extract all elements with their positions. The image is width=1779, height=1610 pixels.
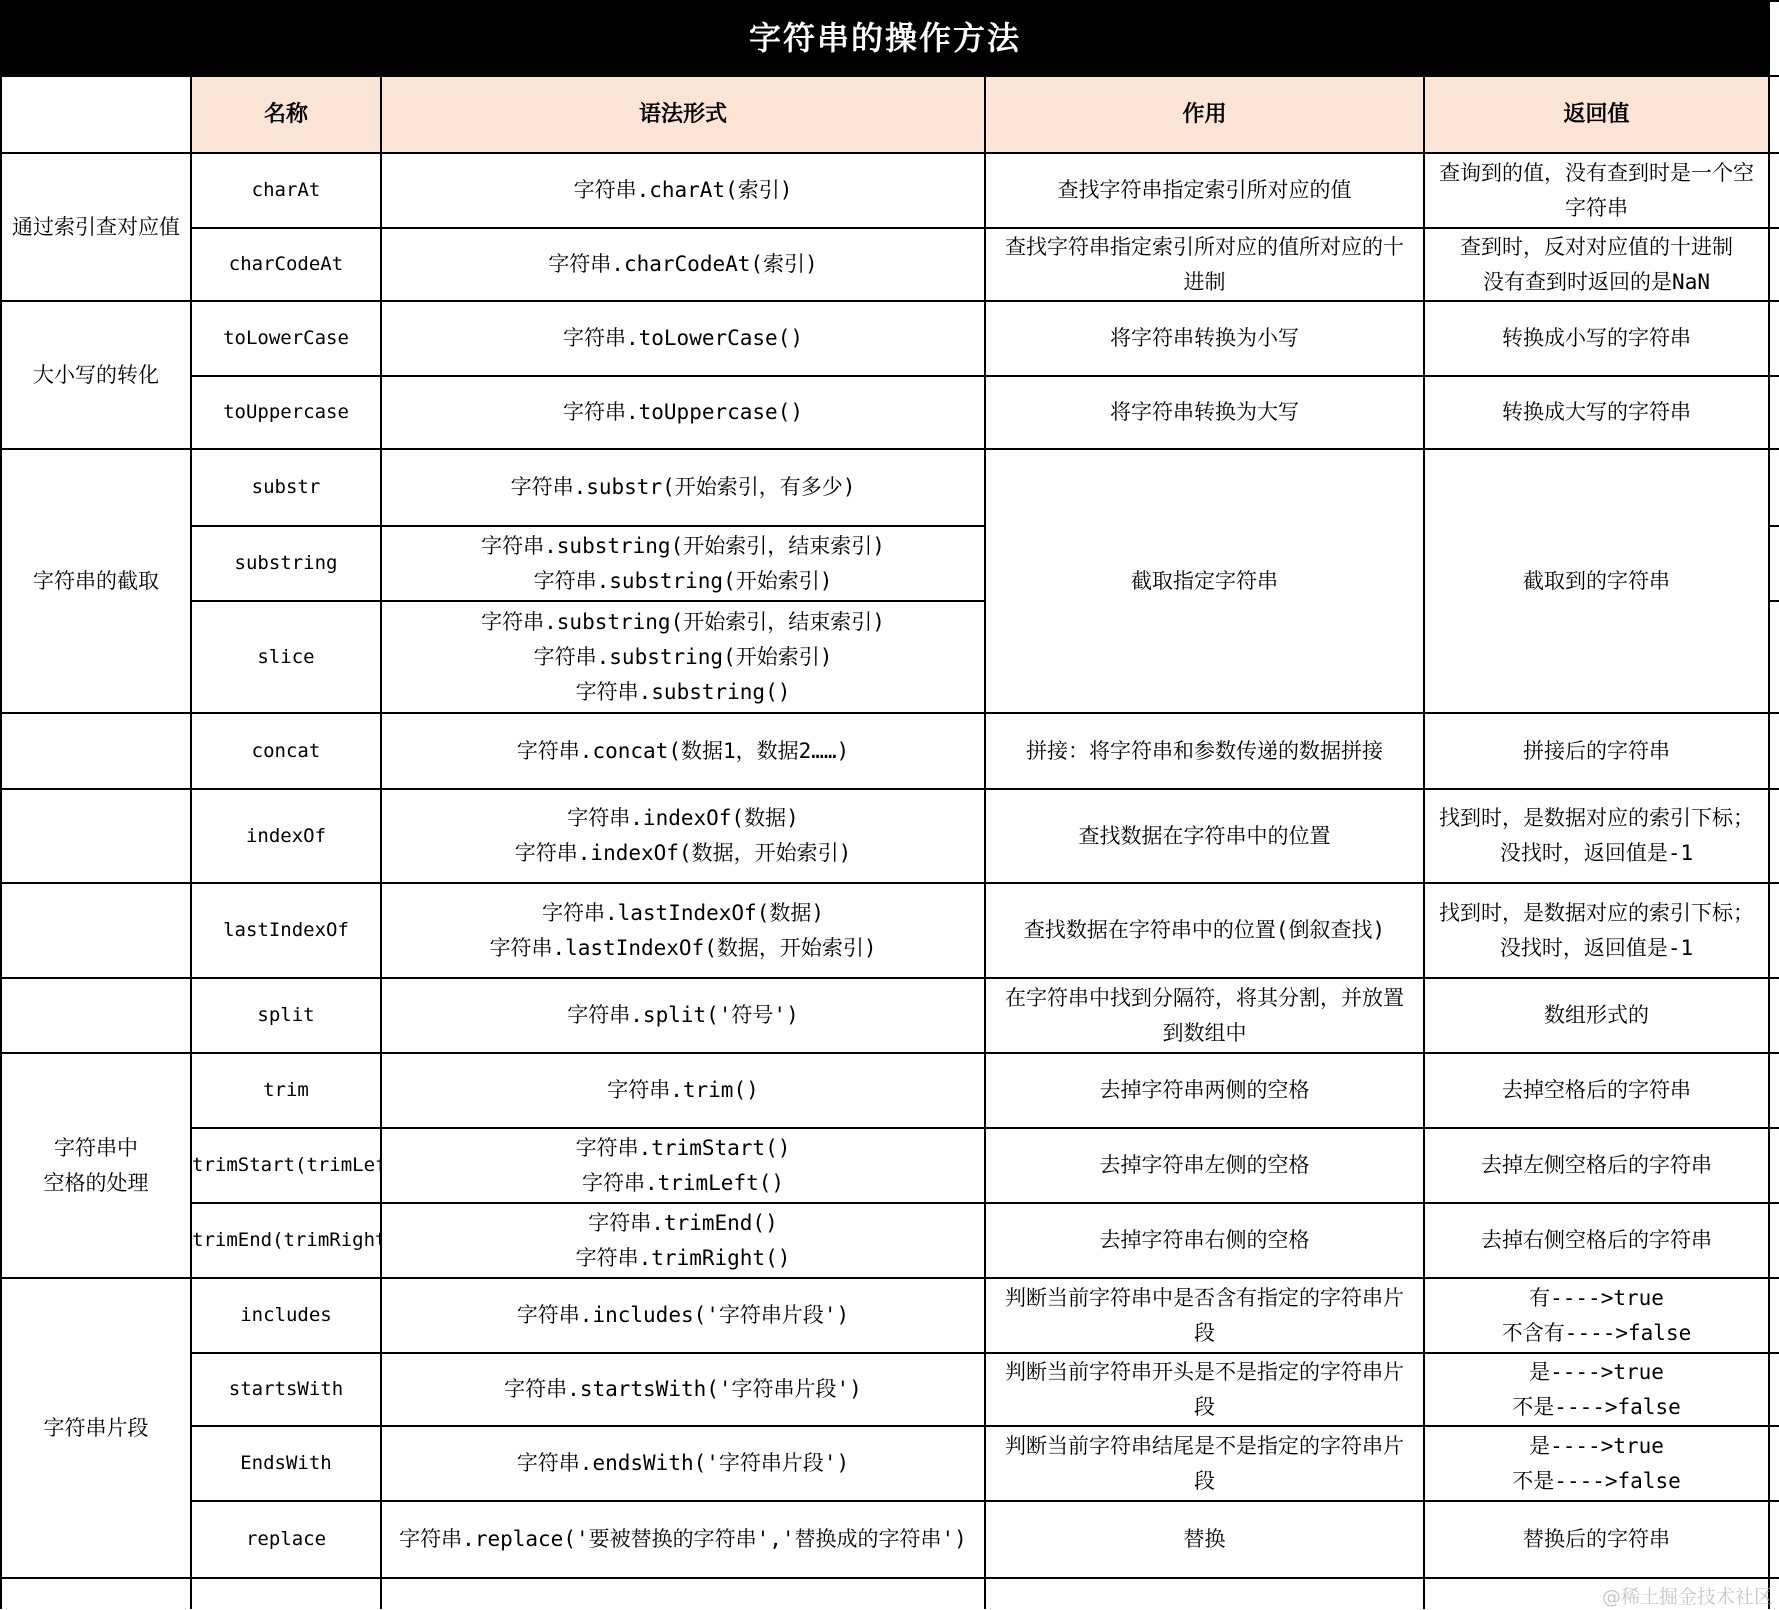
syntax-cell bbox=[381, 1578, 985, 1609]
name-cell: trimStart(trimLeft) bbox=[191, 1128, 381, 1203]
table-row: charCodeAt 字符串.charCodeAt(索引) 查找字符串指定索引所… bbox=[1, 228, 1779, 301]
syntax-cell: 字符串.trimStart() 字符串.trimLeft() bbox=[381, 1128, 985, 1203]
header-syntax-cell: 语法形式 bbox=[381, 76, 985, 153]
spacer-cell bbox=[1769, 376, 1779, 449]
spacer-cell bbox=[1769, 978, 1779, 1053]
spacer-cell bbox=[1769, 713, 1779, 789]
returns-cell: 去掉左侧空格后的字符串 bbox=[1424, 1128, 1769, 1203]
table-row: 大小写的转化 toLowerCase 字符串.toLowerCase() 将字符… bbox=[1, 301, 1779, 376]
action-cell: 查找数据在字符串中的位置(倒叙查找) bbox=[985, 883, 1424, 978]
header-category-cell bbox=[1, 76, 191, 153]
table-row: 字符串片段 includes 字符串.includes('字符串片段') 判断当… bbox=[1, 1278, 1779, 1353]
action-cell: 判断当前字符串中是否含有指定的字符串片 段 bbox=[985, 1278, 1424, 1353]
syntax-cell: 字符串.charAt(索引) bbox=[381, 153, 985, 228]
action-cell: 去掉字符串右侧的空格 bbox=[985, 1203, 1424, 1278]
action-cell: 查找数据在字符串中的位置 bbox=[985, 789, 1424, 883]
title-row: 字符串的操作方法 bbox=[1, 1, 1779, 76]
action-cell: 去掉字符串两侧的空格 bbox=[985, 1053, 1424, 1128]
syntax-cell: 字符串.substr(开始索引，有多少) bbox=[381, 449, 985, 526]
returns-cell: 查到时，反对对应值的十进制 没有查到时返回的是NaN bbox=[1424, 228, 1769, 301]
header-name-cell: 名称 bbox=[191, 76, 381, 153]
name-cell: concat bbox=[191, 713, 381, 789]
action-cell: 截取指定字符串 bbox=[985, 449, 1424, 713]
returns-cell: 是---->true 不是---->false bbox=[1424, 1353, 1769, 1426]
syntax-cell: 字符串.startsWith('字符串片段') bbox=[381, 1353, 985, 1426]
action-cell: 去掉字符串左侧的空格 bbox=[985, 1128, 1424, 1203]
table-row bbox=[1, 1578, 1779, 1609]
spacer-cell bbox=[1769, 76, 1779, 153]
returns-cell: 截取到的字符串 bbox=[1424, 449, 1769, 713]
table-row: 通过索引查对应值 charAt 字符串.charAt(索引) 查找字符串指定索引… bbox=[1, 153, 1779, 228]
syntax-cell: 字符串.includes('字符串片段') bbox=[381, 1278, 985, 1353]
name-cell: EndsWith bbox=[191, 1426, 381, 1501]
category-cell: 字符串中 空格的处理 bbox=[1, 1053, 191, 1278]
syntax-cell: 字符串.replace('要被替换的字符串','替换成的字符串') bbox=[381, 1501, 985, 1578]
spacer-cell bbox=[1769, 1053, 1779, 1128]
spacer-cell bbox=[1769, 1278, 1779, 1353]
table-row: concat 字符串.concat(数据1，数据2……) 拼接：将字符串和参数传… bbox=[1, 713, 1779, 789]
returns-cell: 有---->true 不含有---->false bbox=[1424, 1278, 1769, 1353]
category-cell bbox=[1, 713, 191, 789]
syntax-cell: 字符串.substring(开始索引，结束索引) 字符串.substring(开… bbox=[381, 601, 985, 713]
returns-cell: 数组形式的 bbox=[1424, 978, 1769, 1053]
category-cell bbox=[1, 789, 191, 883]
returns-cell: 是---->true 不是---->false bbox=[1424, 1426, 1769, 1501]
syntax-cell: 字符串.lastIndexOf(数据) 字符串.lastIndexOf(数据，开… bbox=[381, 883, 985, 978]
returns-cell: 转换成大写的字符串 bbox=[1424, 376, 1769, 449]
name-cell: startsWith bbox=[191, 1353, 381, 1426]
spacer-cell bbox=[1769, 1353, 1779, 1426]
spacer-cell bbox=[1769, 228, 1779, 301]
category-cell: 字符串的截取 bbox=[1, 449, 191, 713]
table-row: startsWith 字符串.startsWith('字符串片段') 判断当前字… bbox=[1, 1353, 1779, 1426]
name-cell: includes bbox=[191, 1278, 381, 1353]
name-cell: indexOf bbox=[191, 789, 381, 883]
returns-cell: 去掉右侧空格后的字符串 bbox=[1424, 1203, 1769, 1278]
syntax-cell: 字符串.trim() bbox=[381, 1053, 985, 1128]
action-cell: 判断当前字符串结尾是不是指定的字符串片 段 bbox=[985, 1426, 1424, 1501]
category-cell: 大小写的转化 bbox=[1, 301, 191, 449]
header-row: 名称 语法形式 作用 返回值 bbox=[1, 76, 1779, 153]
name-cell: toLowerCase bbox=[191, 301, 381, 376]
header-returns-cell: 返回值 bbox=[1424, 76, 1769, 153]
table-row: EndsWith 字符串.endsWith('字符串片段') 判断当前字符串结尾… bbox=[1, 1426, 1779, 1501]
syntax-cell: 字符串.split('符号') bbox=[381, 978, 985, 1053]
syntax-cell: 字符串.concat(数据1，数据2……) bbox=[381, 713, 985, 789]
spacer-cell bbox=[1769, 601, 1779, 713]
name-cell: split bbox=[191, 978, 381, 1053]
spacer-cell bbox=[1769, 526, 1779, 601]
returns-cell: 拼接后的字符串 bbox=[1424, 713, 1769, 789]
spacer-cell bbox=[1769, 1128, 1779, 1203]
action-cell: 查找字符串指定索引所对应的值 bbox=[985, 153, 1424, 228]
action-cell: 在字符串中找到分隔符，将其分割，并放置 到数组中 bbox=[985, 978, 1424, 1053]
watermark: @稀土掘金技术社区 bbox=[1602, 1582, 1773, 1609]
table-row: 字符串中 空格的处理 trim 字符串.trim() 去掉字符串两侧的空格 去掉… bbox=[1, 1053, 1779, 1128]
spacer-cell bbox=[1769, 1, 1779, 76]
category-cell bbox=[1, 883, 191, 978]
table-row: 字符串的截取 substr 字符串.substr(开始索引，有多少) 截取指定字… bbox=[1, 449, 1779, 526]
action-cell: 将字符串转换为大写 bbox=[985, 376, 1424, 449]
returns-cell: 找到时，是数据对应的索引下标； 没找时，返回值是-1 bbox=[1424, 883, 1769, 978]
header-action-cell: 作用 bbox=[985, 76, 1424, 153]
string-methods-table: 字符串的操作方法 名称 语法形式 作用 返回值 通过索引查对应值 charAt … bbox=[0, 0, 1779, 1609]
category-cell: 通过索引查对应值 bbox=[1, 153, 191, 301]
syntax-cell: 字符串.toLowerCase() bbox=[381, 301, 985, 376]
spacer-cell bbox=[1769, 789, 1779, 883]
action-cell: 将字符串转换为小写 bbox=[985, 301, 1424, 376]
action-cell: 替换 bbox=[985, 1501, 1424, 1578]
name-cell: charCodeAt bbox=[191, 228, 381, 301]
returns-cell: 找到时，是数据对应的索引下标； 没找时，返回值是-1 bbox=[1424, 789, 1769, 883]
table-row: toUppercase 字符串.toUppercase() 将字符串转换为大写 … bbox=[1, 376, 1779, 449]
syntax-cell: 字符串.charCodeAt(索引) bbox=[381, 228, 985, 301]
syntax-cell: 字符串.indexOf(数据) 字符串.indexOf(数据，开始索引) bbox=[381, 789, 985, 883]
action-cell: 判断当前字符串开头是不是指定的字符串片 段 bbox=[985, 1353, 1424, 1426]
name-cell: lastIndexOf bbox=[191, 883, 381, 978]
syntax-cell: 字符串.endsWith('字符串片段') bbox=[381, 1426, 985, 1501]
returns-cell: 查询到的值，没有查到时是一个空 字符串 bbox=[1424, 153, 1769, 228]
returns-cell: 替换后的字符串 bbox=[1424, 1501, 1769, 1578]
page-title: 字符串的操作方法 bbox=[1, 1, 1769, 76]
name-cell: replace bbox=[191, 1501, 381, 1578]
table-row: indexOf 字符串.indexOf(数据) 字符串.indexOf(数据，开… bbox=[1, 789, 1779, 883]
action-cell: 拼接：将字符串和参数传递的数据拼接 bbox=[985, 713, 1424, 789]
table-row: trimEnd(trimRight) 字符串.trimEnd() 字符串.tri… bbox=[1, 1203, 1779, 1278]
name-cell: toUppercase bbox=[191, 376, 381, 449]
table-row: lastIndexOf 字符串.lastIndexOf(数据) 字符串.last… bbox=[1, 883, 1779, 978]
spacer-cell bbox=[1769, 153, 1779, 228]
action-cell bbox=[985, 1578, 1424, 1609]
name-cell: substr bbox=[191, 449, 381, 526]
name-cell: charAt bbox=[191, 153, 381, 228]
name-cell: trim bbox=[191, 1053, 381, 1128]
spacer-cell bbox=[1769, 883, 1779, 978]
category-cell bbox=[1, 978, 191, 1053]
spacer-cell bbox=[1769, 301, 1779, 376]
returns-cell: 去掉空格后的字符串 bbox=[1424, 1053, 1769, 1128]
spacer-cell bbox=[1769, 449, 1779, 526]
action-cell: 查找字符串指定索引所对应的值所对应的十 进制 bbox=[985, 228, 1424, 301]
spacer-cell bbox=[1769, 1501, 1779, 1578]
name-cell: slice bbox=[191, 601, 381, 713]
table-row: split 字符串.split('符号') 在字符串中找到分隔符，将其分割，并放… bbox=[1, 978, 1779, 1053]
syntax-cell: 字符串.substring(开始索引，结束索引) 字符串.substring(开… bbox=[381, 526, 985, 601]
category-cell bbox=[1, 1578, 191, 1609]
syntax-cell: 字符串.toUppercase() bbox=[381, 376, 985, 449]
table-row: replace 字符串.replace('要被替换的字符串','替换成的字符串'… bbox=[1, 1501, 1779, 1578]
name-cell: trimEnd(trimRight) bbox=[191, 1203, 381, 1278]
name-cell bbox=[191, 1578, 381, 1609]
returns-cell: 转换成小写的字符串 bbox=[1424, 301, 1769, 376]
category-cell: 字符串片段 bbox=[1, 1278, 191, 1578]
spacer-cell bbox=[1769, 1203, 1779, 1278]
spacer-cell bbox=[1769, 1426, 1779, 1501]
syntax-cell: 字符串.trimEnd() 字符串.trimRight() bbox=[381, 1203, 985, 1278]
table-row: trimStart(trimLeft) 字符串.trimStart() 字符串.… bbox=[1, 1128, 1779, 1203]
name-cell: substring bbox=[191, 526, 381, 601]
